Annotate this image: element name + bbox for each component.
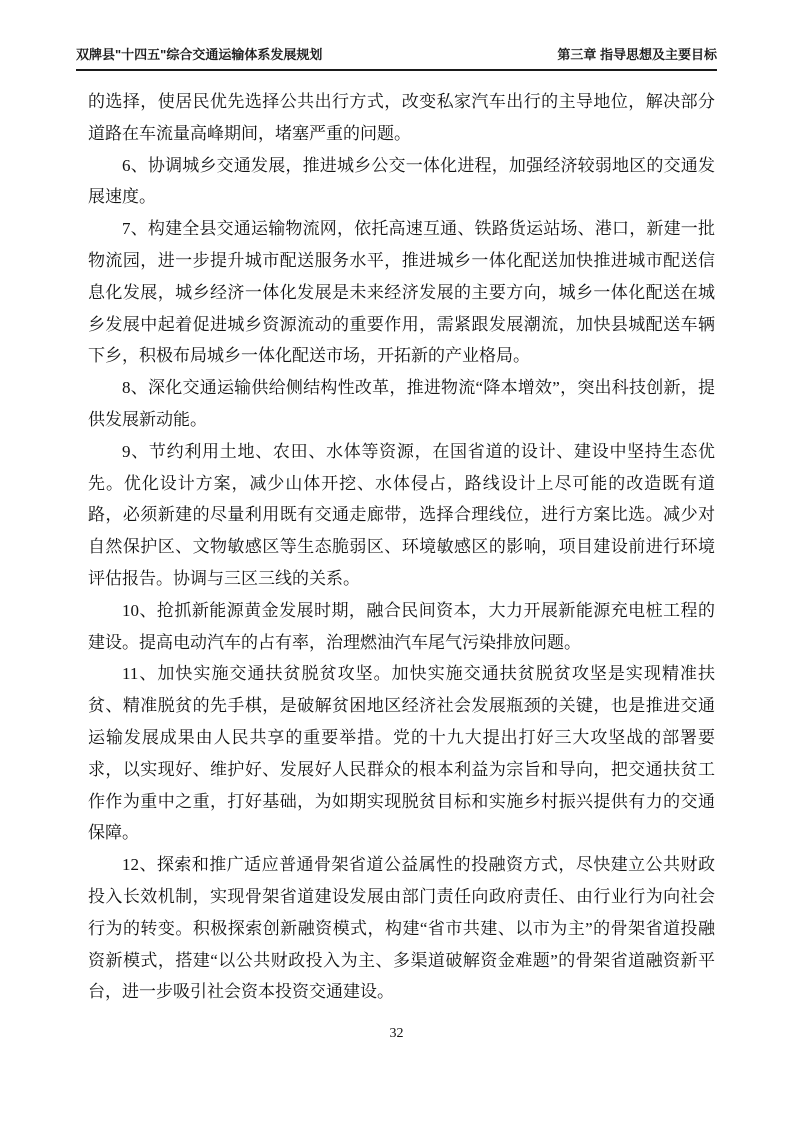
header-chapter-title: 第三章 指导思想及主要目标 <box>557 44 717 63</box>
header-doc-title: 双牌县"十四五"综合交通运输体系发展规划 <box>76 44 322 63</box>
paragraph: 8、深化交通运输供给侧结构性改革，推进物流“降本增效”，突出科技创新，提供发展新… <box>88 372 715 436</box>
paragraph: 12、探索和推广适应普通骨架省道公益属性的投融资方式，尽快建立公共财政投入长效机… <box>88 849 715 1008</box>
paragraph: 7、构建全县交通运输物流网，依托高速互通、铁路货运站场、港口，新建一批物流园，进… <box>88 213 715 372</box>
page-header: 双牌县"十四五"综合交通运输体系发展规划 第三章 指导思想及主要目标 <box>76 44 717 71</box>
paragraph: 的选择，使居民优先选择公共出行方式，改变私家汽车出行的主导地位，解决部分道路在车… <box>88 86 715 150</box>
paragraphs: 的选择，使居民优先选择公共出行方式，改变私家汽车出行的主导地位，解决部分道路在车… <box>88 86 715 1008</box>
document-body: 的选择，使居民优先选择公共出行方式，改变私家汽车出行的主导地位，解决部分道路在车… <box>88 86 715 1008</box>
page-footer: 32 <box>0 1026 793 1042</box>
paragraph: 11、加快实施交通扶贫脱贫攻坚。加快实施交通扶贫脱贫攻坚是实现精准扶贫、精准脱贫… <box>88 658 715 849</box>
paragraph: 6、协调城乡交通发展，推进城乡公交一体化进程，加强经济较弱地区的交通发展速度。 <box>88 150 715 214</box>
document-page: 双牌县"十四五"综合交通运输体系发展规划 第三章 指导思想及主要目标 的选择，使… <box>0 0 793 1122</box>
paragraph: 9、节约利用土地、农田、水体等资源，在国省道的设计、建设中坚持生态优先。优化设计… <box>88 436 715 595</box>
paragraph: 10、抢抓新能源黄金发展时期，融合民间资本，大力开展新能源充电桩工程的建设。提高… <box>88 595 715 659</box>
page-number: 32 <box>390 1026 404 1041</box>
